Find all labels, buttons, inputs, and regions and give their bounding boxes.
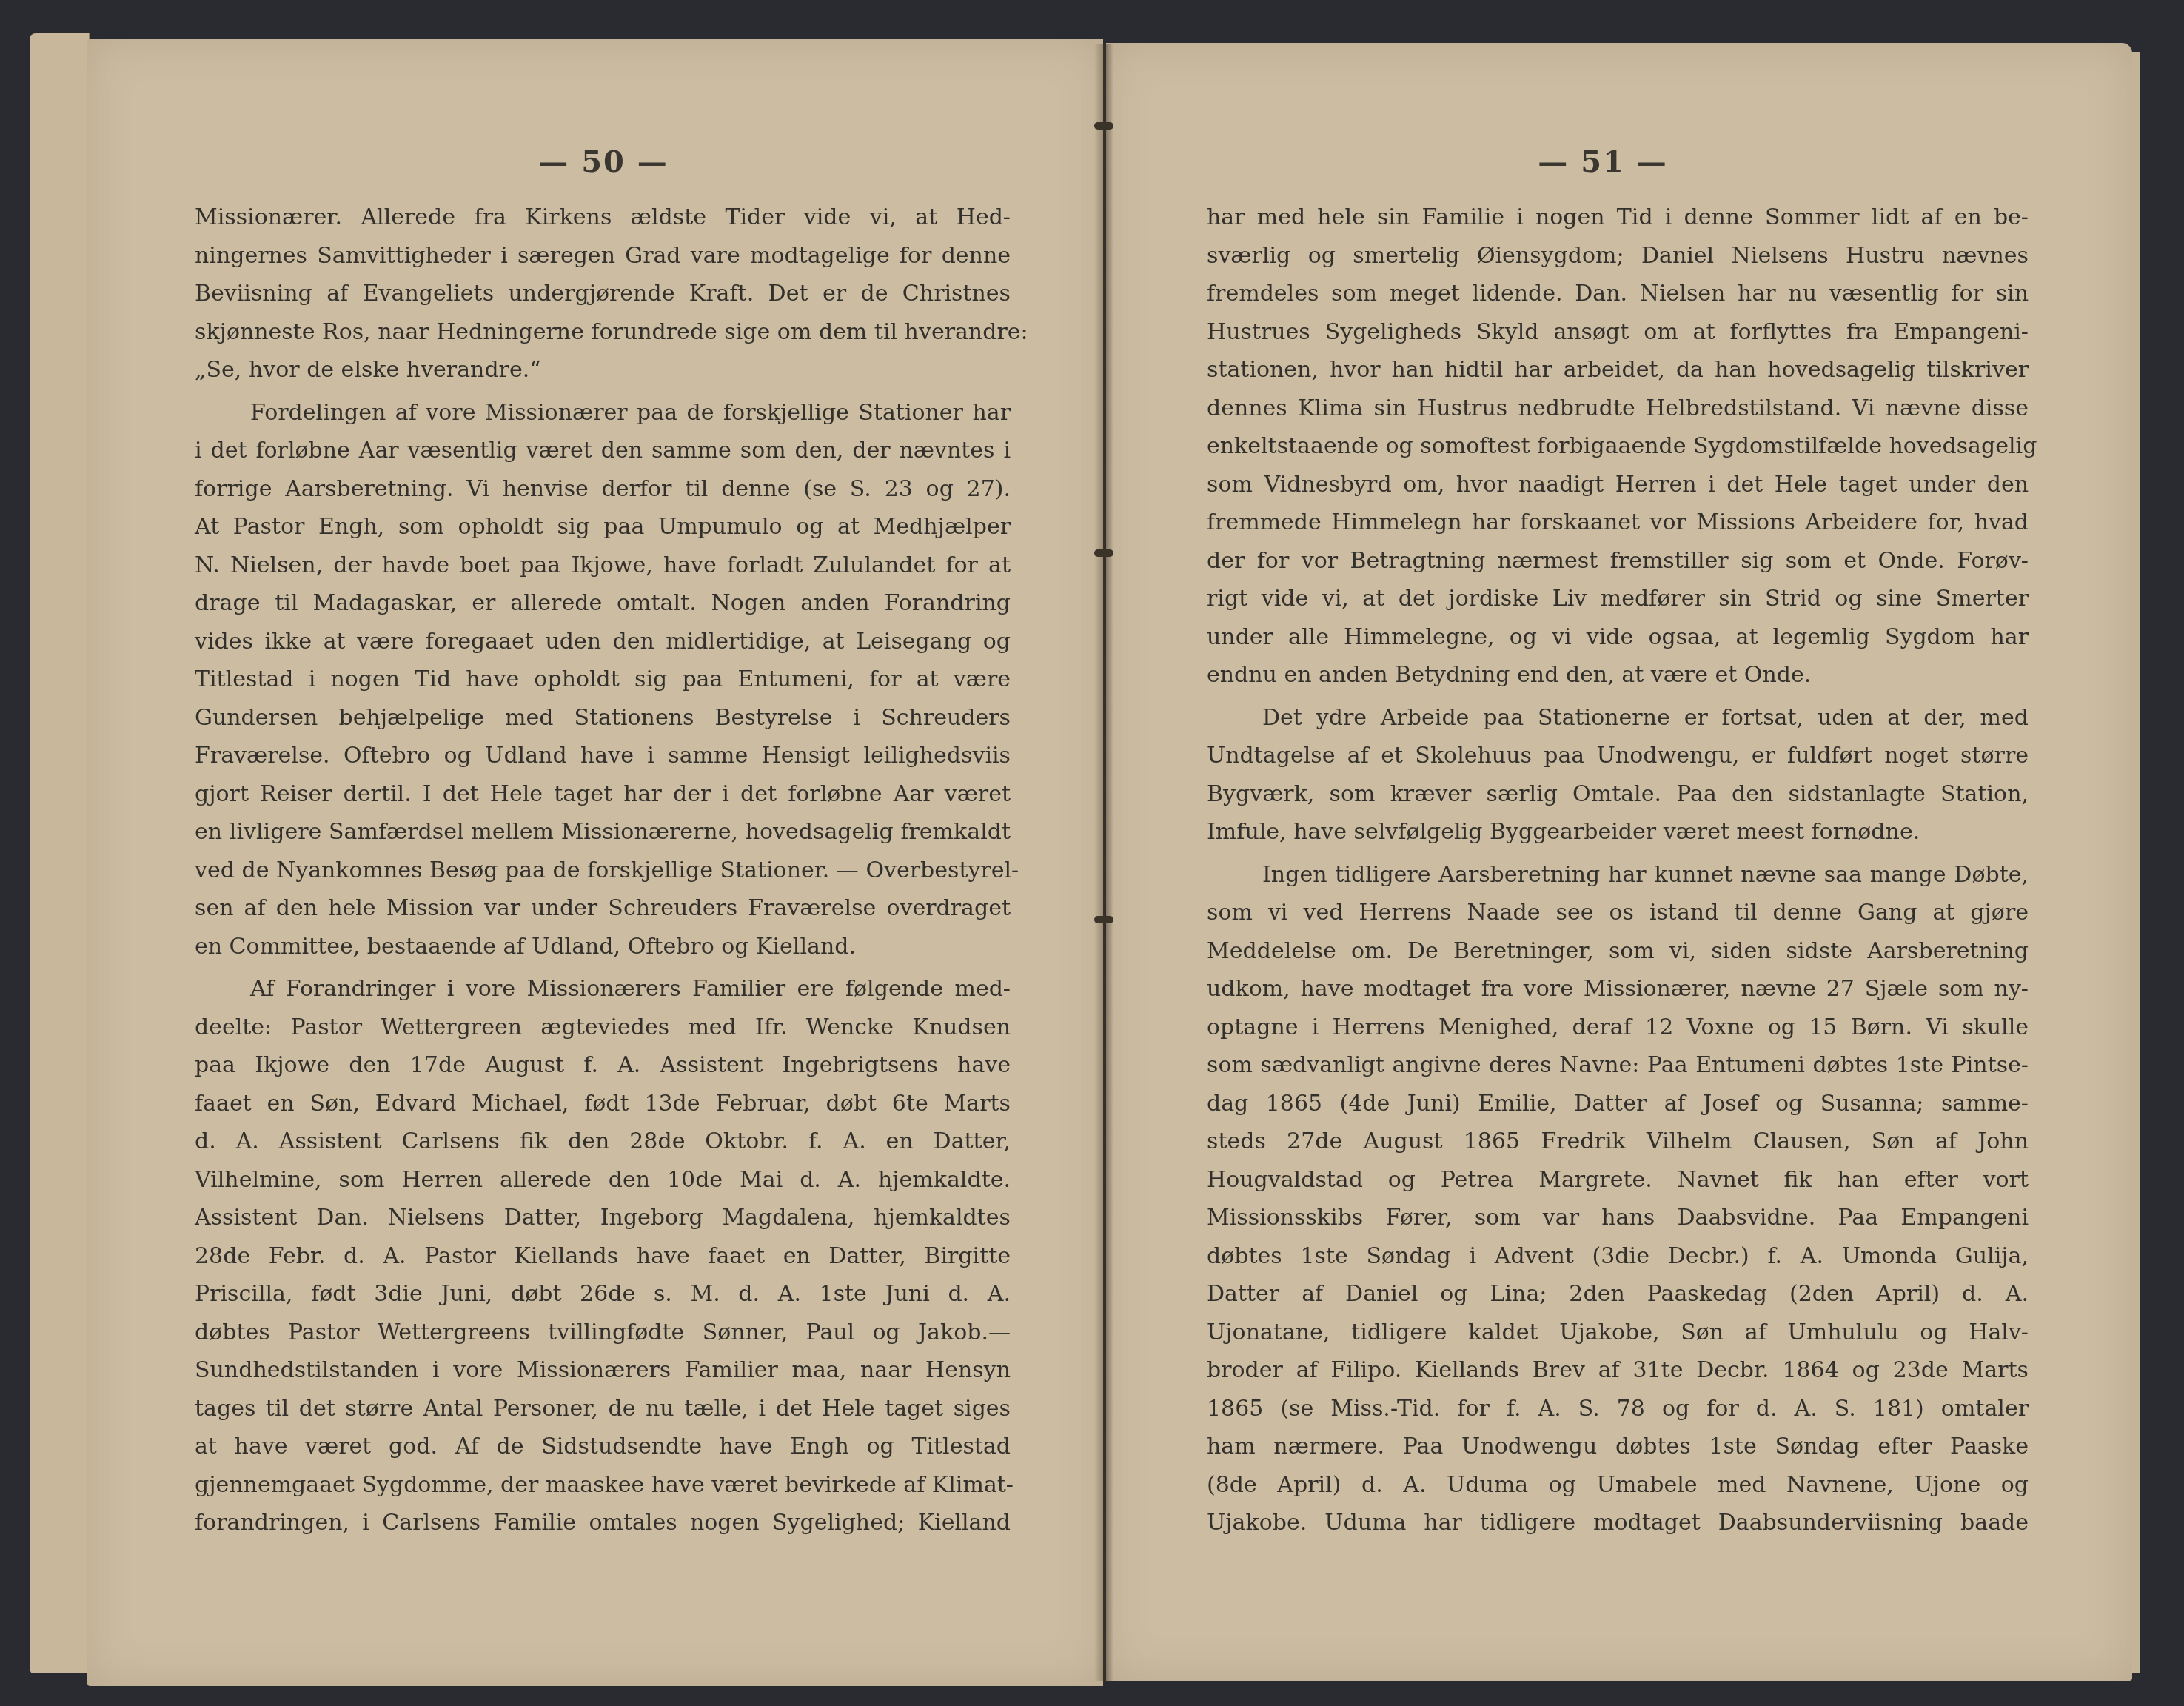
text-line: forandringen, i Carlsens Familie omtales… [195, 1504, 1011, 1542]
page-number-left: — 50 — [492, 144, 714, 179]
text-line: drage til Madagaskar, er allerede omtalt… [195, 584, 1011, 623]
text-line: 28de Febr. d. A. Pastor Kiellands have f… [195, 1237, 1011, 1276]
text-line: broder af Filipo. Kiellands Brev af 31te… [1207, 1351, 2029, 1390]
text-line: har med hele sin Familie i nogen Tid i d… [1207, 198, 2029, 237]
text-line: rigt vide vi, at det jordiske Liv medfør… [1207, 580, 2029, 618]
text-line: d. A. Assistent Carlsens fik den 28de Ok… [195, 1123, 1011, 1161]
text-line: gjort Reiser dertil. I det Hele taget ha… [195, 775, 1011, 814]
text-line: en livligere Samfærdsel mellem Missionær… [195, 813, 1011, 852]
text-line: Gundersen behjælpelige med Stationens Be… [195, 699, 1011, 737]
text-line: ningernes Samvittigheder i særegen Grad … [195, 237, 1011, 275]
text-line: Missionsskibs Fører, som var hans Daabsv… [1207, 1199, 2029, 1237]
binding-stitch [1094, 549, 1113, 557]
text-line: under alle Himmelegne, og vi vide ogsaa,… [1207, 618, 2029, 657]
binding-stitch [1094, 916, 1113, 923]
text-line: en Committee, bestaaende af Udland, Ofte… [195, 928, 1011, 966]
text-line: Fordelingen af vore Missionærer paa de f… [195, 394, 1011, 432]
text-line: deelte: Pastor Wettergreen ægteviedes me… [195, 1008, 1011, 1047]
text-line: endnu en anden Betydning end den, at vær… [1207, 656, 2029, 695]
text-line: Hustrues Sygeligheds Skyld ansøgt om at … [1207, 313, 2029, 352]
text-line: døbtes Pastor Wettergreens tvillingfødte… [195, 1314, 1011, 1352]
text-line: Imfule, have selvfølgelig Byggearbeider … [1207, 813, 2029, 852]
text-line: stationen, hvor han hidtil har arbeidet,… [1207, 351, 2029, 389]
text-line: Ujakobe. Uduma har tidligere modtaget Da… [1207, 1504, 2029, 1542]
text-line: Beviisning af Evangeliets undergjørende … [195, 275, 1011, 313]
text-line: at have været god. Af de Sidstudsendte h… [195, 1428, 1011, 1466]
text-line: der for vor Betragtning nærmest fremstil… [1207, 542, 2029, 581]
text-line: Hougvaldstad og Petrea Margrete. Navnet … [1207, 1161, 2029, 1200]
text-line: som vi ved Herrens Naade see os istand t… [1207, 894, 2029, 932]
text-line: Bygværk, som kræver særlig Omtale. Paa d… [1207, 775, 2029, 814]
text-line: døbtes 1ste Søndag i Advent (3die Decbr.… [1207, 1237, 2029, 1276]
text-line: vides ikke at være foregaaet uden den mi… [195, 623, 1011, 661]
text-line: faaet en Søn, Edvard Michael, født 13de … [195, 1085, 1011, 1123]
text-line: enkeltstaaende og somoftest forbigaaende… [1207, 427, 2029, 466]
text-line: 1865 (se Miss.-Tid. for f. A. S. 78 og f… [1207, 1390, 2029, 1428]
right-page-text: har med hele sin Familie i nogen Tid i d… [1207, 198, 2029, 1542]
page-stack-left-edge [30, 33, 90, 1673]
text-line: steds 27de August 1865 Fredrik Vilhelm C… [1207, 1123, 2029, 1161]
text-line: At Pastor Engh, som opholdt sig paa Umpu… [195, 508, 1011, 546]
left-page-text: Missionærer. Allerede fra Kirkens ældste… [195, 198, 1011, 1542]
text-line: som Vidnesbyrd om, hvor naadigt Herren i… [1207, 466, 2029, 504]
text-line: fremmede Himmelegn har forskaanet vor Mi… [1207, 504, 2029, 542]
text-line: tages til det større Antal Personer, de … [195, 1390, 1011, 1428]
text-line: sværlig og smertelig Øiensygdom; Daniel … [1207, 237, 2029, 275]
text-line: ham nærmere. Paa Unodwengu døbtes 1ste S… [1207, 1428, 2029, 1466]
text-line: Af Forandringer i vore Missionærers Fami… [195, 970, 1011, 1008]
text-line: udkom, have modtaget fra vore Missionære… [1207, 970, 2029, 1008]
text-line: Missionærer. Allerede fra Kirkens ældste… [195, 198, 1011, 237]
text-line: optagne i Herrens Menighed, deraf 12 Vox… [1207, 1008, 2029, 1047]
text-line: fremdeles som meget lidende. Dan. Nielse… [1207, 275, 2029, 313]
text-line: Undtagelse af et Skolehuus paa Unodwengu… [1207, 737, 2029, 775]
text-line: forrige Aarsberetning. Vi henvise derfor… [195, 470, 1011, 509]
text-line: dag 1865 (4de Juni) Emilie, Datter af Jo… [1207, 1085, 2029, 1123]
text-line: Fraværelse. Oftebro og Udland have i sam… [195, 737, 1011, 775]
text-line: Titlestad i nogen Tid have opholdt sig p… [195, 660, 1011, 699]
binding-stitch [1094, 122, 1113, 130]
text-line: dennes Klima sin Hustrus nedbrudte Helbr… [1207, 389, 2029, 428]
text-line: Ujonatane, tidligere kaldet Ujakobe, Søn… [1207, 1314, 2029, 1352]
text-line: Ingen tidligere Aarsberetning har kunnet… [1207, 856, 2029, 894]
text-line: Datter af Daniel og Lina; 2den Paaskedag… [1207, 1275, 2029, 1314]
text-line: skjønneste Ros, naar Hedningerne forundr… [195, 313, 1011, 352]
text-line: sen af den hele Mission var under Schreu… [195, 889, 1011, 928]
text-line: Priscilla, født 3die Juni, døbt 26de s. … [195, 1275, 1011, 1314]
text-line: Vilhelmine, som Herren allerede den 10de… [195, 1161, 1011, 1200]
text-line: N. Nielsen, der havde boet paa Ikjowe, h… [195, 546, 1011, 585]
text-line: som sædvanligt angivne deres Navne: Paa … [1207, 1046, 2029, 1085]
text-line: Meddelelse om. De Beretninger, som vi, s… [1207, 932, 2029, 971]
text-line: i det forløbne Aar væsentlig været den s… [195, 432, 1011, 470]
book-gutter [1094, 44, 1113, 1681]
text-line: paa Ikjowe den 17de August f. A. Assiste… [195, 1046, 1011, 1085]
text-line: Sundhedstilstanden i vore Missionærers F… [195, 1351, 1011, 1390]
text-line: ved de Nyankomnes Besøg paa de forskjell… [195, 852, 1011, 890]
page-number-right: — 51 — [1492, 144, 1714, 179]
text-line: Det ydre Arbeide paa Stationerne er fort… [1207, 699, 2029, 737]
text-line: gjennemgaaet Sygdomme, der maaskee have … [195, 1466, 1011, 1505]
text-line: (8de April) d. A. Uduma og Umabele med N… [1207, 1466, 2029, 1505]
text-line: Assistent Dan. Nielsens Datter, Ingeborg… [195, 1199, 1011, 1237]
text-line: „Se, hvor de elske hverandre.“ [195, 351, 1011, 389]
